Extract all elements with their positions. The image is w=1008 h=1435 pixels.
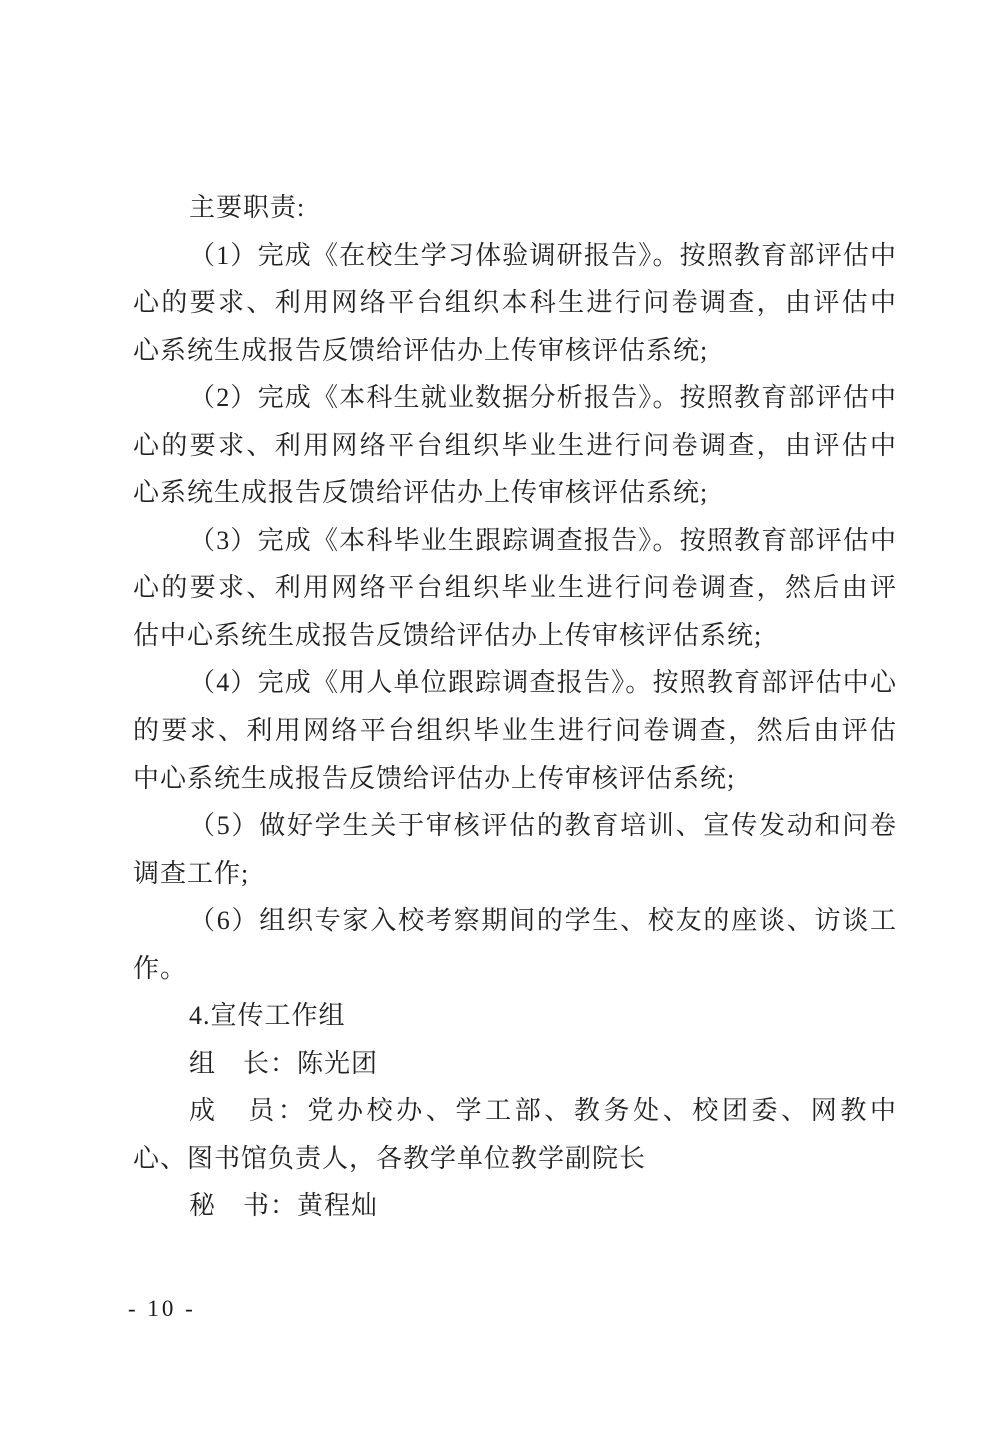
group-leader-line: 组 长：陈光团 <box>133 1040 897 1088</box>
item-3-line-1: （3）完成《本科毕业生跟踪调查报告》。按照教育部评估中 <box>133 517 897 565</box>
item-1-line-2: 心的要求、利用网络平台组织本科生进行问卷调查，由评估中 <box>133 279 897 327</box>
item-2-line-2: 心的要求、利用网络平台组织毕业生进行问卷调查，由评估中 <box>133 422 897 470</box>
item-2-line-1: （2）完成《本科生就业数据分析报告》。按照教育部评估中 <box>133 374 897 422</box>
heading-main-duties: 主要职责: <box>133 184 897 232</box>
item-4-line-1: （4）完成《用人单位跟踪调查报告》。按照教育部评估中心 <box>133 659 897 707</box>
section-4-heading: 4.宣传工作组 <box>133 992 897 1040</box>
item-4-line-3: 中心系统生成报告反馈给评估办上传审核评估系统; <box>133 755 897 803</box>
item-1-line-3: 心系统生成报告反馈给评估办上传审核评估系统; <box>133 327 897 375</box>
item-6-line-2: 作。 <box>133 945 897 993</box>
item-3-line-2: 心的要求、利用网络平台组织毕业生进行问卷调查，然后由评 <box>133 564 897 612</box>
item-3-line-3: 估中心系统生成报告反馈给评估办上传审核评估系统; <box>133 612 897 660</box>
item-4-line-2: 的要求、利用网络平台组织毕业生进行问卷调查，然后由评估 <box>133 707 897 755</box>
group-members-line-2: 心、图书馆负责人，各教学单位教学副院长 <box>133 1135 897 1183</box>
group-secretary-line: 秘 书：黄程灿 <box>133 1182 897 1230</box>
item-6-line-1: （6）组织专家入校考察期间的学生、校友的座谈、访谈工 <box>133 897 897 945</box>
item-1-line-1: （1）完成《在校生学习体验调研报告》。按照教育部评估中 <box>133 232 897 280</box>
item-5-line-1: （5）做好学生关于审核评估的教育培训、宣传发动和问卷 <box>133 802 897 850</box>
document-body: 主要职责: （1）完成《在校生学习体验调研报告》。按照教育部评估中 心的要求、利… <box>133 184 897 1230</box>
document-page: 主要职责: （1）完成《在校生学习体验调研报告》。按照教育部评估中 心的要求、利… <box>0 0 1008 1435</box>
page-number: - 10 - <box>128 1296 196 1322</box>
item-2-line-3: 心系统生成报告反馈给评估办上传审核评估系统; <box>133 469 897 517</box>
item-5-line-2: 调查工作; <box>133 850 897 898</box>
group-members-line-1: 成 员：党办校办、学工部、教务处、校团委、网教中 <box>133 1087 897 1135</box>
